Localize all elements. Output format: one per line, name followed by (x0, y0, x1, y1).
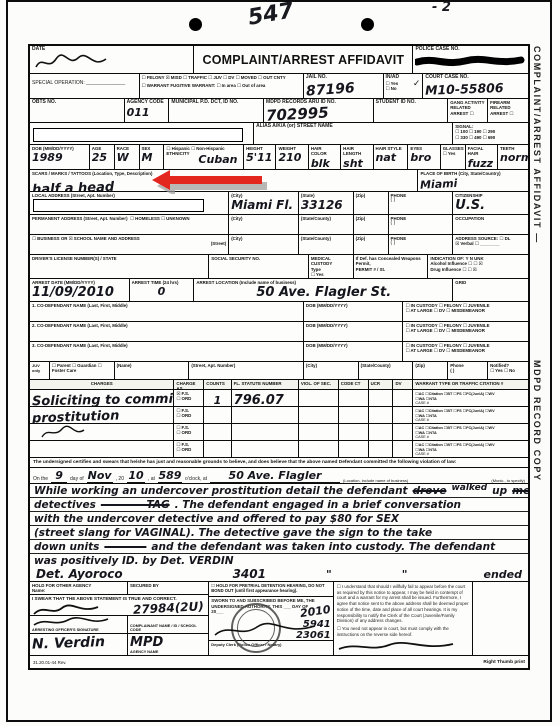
classification-row: SPECIAL OPERATION: ______________ ☐ FELO… (30, 74, 528, 99)
ssn-label: SOCIAL SECURITY NO. (211, 256, 306, 261)
license-row: DRIVER'S LICENSE NUMBER(S) / STATE SOCIA… (30, 255, 528, 279)
field-date: DATE (30, 46, 194, 73)
codef-num: 3. (32, 343, 36, 348)
field-indications: INDICATION OF: Y N UNK Alcohol Influence… (428, 255, 528, 278)
agency-name-label: AGENCY NAME (130, 650, 206, 654)
field-codef-dob-3: DOB (MM/DD/YYYY) (304, 342, 404, 361)
form-footer-strip: 31.20.01-44 Rev. Right Thumb print (30, 656, 528, 668)
state-label: (State/County) (301, 216, 351, 221)
hair-style-value: nat (376, 151, 406, 164)
narrative-text: (street slang for VAGINAL). The detectiv… (34, 527, 432, 539)
field-juv-name: (Name) (115, 362, 190, 379)
narrative-line-4: (street slang for VAGINAL). The detectiv… (30, 526, 528, 540)
form-number: 31.20.01-44 Rev. (33, 660, 66, 665)
onthe-year: 10 (127, 469, 145, 483)
field-sex: SEX M (140, 145, 165, 169)
scars-row: SCARS / MARKS / TATTOOS (Location, Type,… (30, 170, 528, 192)
agency-code-label: AGENCY CODE (127, 100, 167, 106)
field-dob: DOB (MM/DD/YYYY) 1989 (30, 145, 90, 169)
field-business-school: ☐ BUSINESS OR ☒ SCHOOL NAME AND ADDRESS … (30, 235, 229, 254)
affidavit-form: DATE COMPLAINT/ARREST AFFIDAVIT POLICE C… (28, 44, 530, 670)
red-arrow-annotation (150, 168, 268, 194)
codef-checks2: ☐ AT LARGE ☐ DV ☐ MISDEMEANOR (405, 328, 526, 333)
jail-no-value: 87196 (305, 78, 381, 98)
field-hair-length: HAIR LENGTH sht (341, 145, 373, 169)
id-numbers-row: OBTS NO. AGENCY CODE 011 MUNICIPAL P.D. … (30, 99, 528, 123)
field-medical-custody: MEDICAL CUSTODY Type ☐ Yes (309, 255, 354, 278)
field-juv-city: (City) (304, 362, 359, 379)
struck-word: ———— (104, 541, 146, 553)
weight-value: 210 (278, 151, 305, 164)
ord-check: ☐ ORD (176, 430, 201, 435)
codef-checks2: ☐ AT LARGE ☐ DV ☐ MISDEMEANOR (405, 348, 526, 353)
field-codef-dob-2: DOB (MM/DD/YYYY) (304, 322, 404, 341)
hair-color-label: HAIR COLOR (311, 146, 338, 157)
bottom-fineprint-column: ☐ I understand that should I willfully f… (334, 582, 473, 655)
arrest-time-value: 0 (132, 285, 192, 298)
class-checkboxes-line1: ☐ FELONY ☒ MISD ☐ TRAFFIC ☐ JUV ☐ DV ☐ M… (142, 75, 301, 80)
medical-custody-label: MEDICAL CUSTODY (311, 256, 351, 267)
narrative-text: and the defendant was taken into custody… (151, 541, 495, 553)
field-court-case-no: COURT CASE NO. M10-55806 (423, 74, 528, 98)
officer-id-handwritten: 3401 (233, 567, 266, 581)
facial-hair-value: fuzz (468, 157, 495, 169)
counts-header: COUNTS (206, 381, 228, 386)
field-local-zip: (Zip) (354, 192, 389, 214)
narrative-line-6: was positively ID. by Det. VERDIN (30, 554, 528, 567)
onthe-p1: On the (33, 477, 48, 483)
codef-name-label: CO-DEFENDANT NAME (Last, First, Middle) (37, 343, 128, 348)
glasses-label: GLASSES ☐ Yes (443, 146, 463, 157)
case-label: CASE # (415, 418, 526, 422)
phone-paren: ( ) (391, 198, 451, 204)
field-ssn: SOCIAL SECURITY NO. (209, 255, 309, 278)
field-ethnicity: ☐ Hispanic ☐ Non-Hispanic ETHNICITY Cuba… (164, 145, 244, 169)
inserted-word: walked (451, 484, 487, 493)
field-police-case-no: POLICE CASE NO. (413, 46, 528, 73)
field-codef-name-1: 1. CO-DEFENDANT NAME (Last, First, Middl… (30, 302, 304, 321)
narrative-text: While working an undercover prostitution… (34, 485, 408, 497)
onthe-location: 50 Ave. Flagler (210, 469, 340, 483)
ended-note: ended (484, 568, 523, 581)
field-firearm-related: FIREARM RELATED ARREST ☐ (488, 99, 528, 122)
case-label: CASE # (415, 435, 526, 439)
charge-row-1: Soliciting to commit ☒ F.S.☐ ORD 1 796.0… (30, 390, 528, 407)
defendant-signature-scribble (337, 641, 457, 653)
narrative-line-2: detectives ———— TAG . The defendant enga… (30, 498, 528, 512)
age-value: 25 (92, 151, 112, 164)
field-grid: GRID (453, 279, 528, 301)
ink-scribble (32, 425, 92, 440)
charge-name: Soliciting to commit (32, 392, 175, 406)
juv-checks: ☐ Parent ☐ Guardian ☐ Foster Care (52, 363, 112, 374)
narrative-text: detectives (34, 499, 96, 511)
field-perm-city: (City) (229, 215, 299, 234)
class-checkboxes-line2: ☐ WARRANT FUGITIVE WARRANT: ☐ In area ☐ … (142, 83, 301, 88)
alias-label: ALIAS A/K/A (or) STREET NAME (256, 124, 450, 130)
height-value: 5'11 (246, 151, 273, 164)
field-municipal-pd: MUNICIPAL P.D. DCT, ID NO. (169, 99, 264, 122)
field-codef-name-2: 2. CO-DEFENDANT NAME (Last, First, Middl… (30, 322, 304, 341)
ord-check: ☐ ORD (176, 413, 201, 418)
signal-row2: ☐ 330 ☐ 490 ☐ 690 (455, 135, 526, 140)
field-address-source: ADDRESS SOURCE: ☐ DL ☒ Verbal ☐ ________ (453, 235, 528, 254)
zip-label: (Zip) (356, 216, 386, 221)
officer-name-handwritten: Det. Ayoroco (36, 567, 123, 581)
charge-row-4: ☐ F.S.☐ ORD ☐AC ☐Citation ☐BT ☐FS ☐FC(Ju… (30, 441, 528, 458)
charge-row-2: prostitution ☐ F.S.☐ ORD ☐AC ☐Citation ☐… (30, 407, 528, 424)
physical-description-row: DOB (MM/DD/YYYY) 1989 AGE 25 RACE W SEX … (30, 145, 528, 170)
teeth-value: norm (500, 151, 526, 164)
field-height: HEIGHT 5'11 (244, 145, 276, 169)
field-biz-city: (City) (229, 235, 299, 254)
complainant-label: COMPLAINANT NAME / ID / SCHOOL CODE (130, 624, 206, 632)
charge-row-3: ☐ F.S.☐ ORD ☐AC ☐Citation ☐BT ☐FS ☐FC(Ju… (30, 424, 528, 441)
field-charge-class-checkboxes: ☐ FELONY ☒ MISD ☐ TRAFFIC ☐ JUV ☐ DV ☐ M… (140, 74, 304, 98)
narrative-block: While working an undercover prostitution… (30, 484, 528, 567)
field-age: AGE 25 (90, 145, 115, 169)
narrative-text: . The defendant engaged in a brief conve… (175, 499, 461, 511)
permanent-address-row: PERMANENT ADDRESS (Street, Apt. Number) … (30, 215, 528, 235)
ditto-mark: " (326, 568, 332, 581)
street-label: (Street) (32, 241, 226, 246)
notified-checks: ☐ Yes ☐ No (490, 368, 526, 373)
hair-length-label: HAIR LENGTH (343, 146, 370, 157)
field-race: RACE W (115, 145, 140, 169)
codef-dob-label: DOB (MM/DD/YYYY) (306, 303, 401, 308)
field-defendant-name (30, 123, 254, 144)
badge-number-handwritten: 27984(2U) (133, 599, 204, 617)
local-address-entry-box (33, 199, 204, 212)
codef-name-label: CO-DEFENDANT NAME (Last, First, Middle) (37, 303, 128, 308)
field-facial-hair: FACIAL HAIR fuzz (466, 145, 498, 169)
field-occupation: OCCUPATION (453, 215, 528, 234)
zip-label: (Zip) (415, 363, 445, 368)
phone-paren: ( ) (450, 368, 485, 373)
codefendant-row-2: 2. CO-DEFENDANT NAME (Last, First, Middl… (30, 322, 528, 342)
struck-word: me (512, 485, 528, 497)
onthe-time: 589 (158, 469, 182, 483)
narrative-text: with the undercover detective and offere… (34, 513, 399, 525)
thumb-print-label: Right Thumb print (483, 660, 525, 665)
charge-counts: 1 (214, 394, 222, 406)
field-student-id: STUDENT ID NO. (374, 99, 449, 122)
zip-label: (Zip) (356, 236, 386, 241)
field-gang-related: GANG ACTIVITY RELATED ARREST ☐ (448, 99, 488, 122)
phone-paren: ( ) (391, 221, 451, 227)
field-special-operation: SPECIAL OPERATION: ______________ (30, 74, 140, 98)
struck-word: drove (413, 485, 447, 497)
cw-label: If Def. has Concealed Weapons Permit, (356, 256, 426, 267)
field-arrest-location: ARREST LOCATION (Include name of busines… (194, 279, 453, 301)
field-place-of-birth: PLACE OF BIRTH (City, State/Country) Mia… (418, 170, 528, 191)
onthe-p5: o'clock, at (185, 477, 207, 483)
drug-influence: Drug Influence ☐ ☐ ☒ (430, 267, 526, 272)
juvenile-row: JUV only ☐ Parent ☐ Guardian ☐ Foster Ca… (30, 362, 528, 380)
hold-name-label: Name: (32, 588, 125, 593)
special-operation-label: SPECIAL OPERATION: ______________ (32, 81, 137, 87)
codef-dob-label: DOB (MM/DD/YYYY) (306, 323, 401, 328)
eyes-value: bro (410, 151, 437, 164)
statute-header: FL. STATUTE NUMBER (234, 381, 296, 386)
field-mdpd-records: MDPD RECORDS ARU ID NO. 702995 (264, 99, 374, 122)
address-source-line2: ☒ Verbal ☐ ________ (455, 241, 526, 246)
bottom-block: HOLD FOR OTHER AGENCY Name: SECURED BY I… (30, 582, 528, 656)
hair-color-value: blk (311, 157, 338, 169)
field-hair-color: HAIR COLOR blk (309, 145, 341, 169)
field-biz-zip: (Zip) (354, 235, 389, 254)
charges-header: CHARGES (32, 381, 171, 386)
occupation-label: OCCUPATION (455, 216, 526, 221)
certification-text: The undersigned certifies and swears tha… (30, 460, 459, 465)
name-alias-row: ALIAS A/K/A (or) STREET NAME SIGNAL: ☐ 1… (30, 123, 528, 145)
arresting-officer-signature-scribble (32, 617, 112, 628)
indication-cols: Y N UNK (466, 256, 484, 261)
munic-label: (Munic., to specify) (491, 478, 525, 483)
juv-side-label: JUV only (32, 363, 47, 373)
citizenship-value: U.S. (455, 198, 526, 213)
field-permanent-address: PERMANENT ADDRESS (Street, Apt. Number) … (30, 215, 229, 234)
narrative-line-1: While working an undercover prostitution… (30, 484, 528, 498)
zip-handwritten: 33126 (301, 198, 351, 212)
charge-statute: 796.07 (234, 393, 284, 406)
bottom-left-column: HOLD FOR OTHER AGENCY Name: SECURED BY I… (30, 582, 209, 655)
grid-label: GRID (455, 280, 526, 285)
field-concealed-weapons: If Def. has Concealed Weapons Permit, PE… (354, 255, 429, 278)
field-perm-phone: PHONE ( ) (389, 215, 454, 234)
city-label: (City) (306, 363, 356, 368)
state-label: (State/County) (301, 236, 351, 241)
field-juv-notified: Notified? ☐ Yes ☐ No (488, 362, 528, 379)
field-glasses: GLASSES ☐ Yes (441, 145, 466, 169)
warrant-header: WARRANT TYPE OR TRAFFIC CITATION # (415, 381, 526, 386)
field-teeth: TEETH norm (498, 145, 528, 169)
vertical-margin-copy: MDPD RECORD COPY (532, 360, 542, 482)
arrest-date-value: 11/09/2010 (32, 285, 127, 300)
narrative-text: was positively ID. by Det. VERDIN (34, 555, 234, 567)
narrative-text: up (492, 485, 507, 497)
codef-checks2: ☐ AT LARGE ☐ DV ☐ MISDEMEANOR (405, 308, 526, 313)
field-drivers-license: DRIVER'S LICENSE NUMBER(S) / STATE (30, 255, 209, 278)
case-label: CASE # (415, 452, 526, 456)
handwritten-corner-mark: - 2 (432, 0, 451, 15)
onthe-p2: day of (70, 477, 84, 483)
header-row: DATE COMPLAINT/ARREST AFFIDAVIT POLICE C… (30, 46, 528, 74)
fine-print-paragraph-1: ☐ I understand that should I willfully f… (337, 584, 469, 624)
facial-hair-label: FACIAL HAIR (468, 146, 495, 157)
name-label: (Name) (117, 363, 187, 368)
narrative-line-3: with the undercover detective and offere… (30, 512, 528, 526)
local-address-row: LOCAL ADDRESS (Street, Apt. Number) (Cit… (30, 192, 528, 215)
form-title: COMPLAINT/ARREST AFFIDAVIT (203, 53, 405, 67)
city-label: (City) (231, 216, 296, 221)
field-codef-status-2: ☐ IN CUSTODY ☐ FELONY ☐ JUVENILE ☐ AT LA… (403, 322, 528, 341)
bottom-middle-column: ☐ HOLD FOR PRETRIAL DETENTION HEARING, D… (209, 582, 334, 655)
field-eyes: EYES bro (408, 145, 440, 169)
officer-line-row: Det. Ayoroco 3401 " " ended (30, 567, 528, 582)
dv-header: DV (395, 381, 410, 386)
court-case-value: M10-55806 (425, 79, 526, 98)
medical-checks: ☐ Yes (311, 272, 351, 277)
location-label: (Location, include name of business) (343, 478, 408, 483)
field-in-ad: IN/AD ☐ Yes ☐ No ✓ (384, 74, 424, 98)
field-juv-side: JUV only (30, 362, 50, 379)
ucr-header: UCR (371, 381, 391, 386)
agency-handwritten: MPD (130, 635, 206, 650)
cw-label2: PERMIT # / St. (356, 267, 426, 272)
field-arrest-date: ARREST DATE (MM/DD/YYYY) 11/09/2010 (30, 279, 130, 301)
field-arrest-time: ARREST TIME (24 hrs) 0 (130, 279, 195, 301)
codef-num: 1. (32, 303, 36, 308)
hole-punch-icon (189, 18, 202, 31)
name-entry-box (33, 128, 243, 142)
codefendant-row-1: 1. CO-DEFENDANT NAME (Last, First, Middl… (30, 302, 528, 322)
field-juv-street: (Street, Apt. Number) (189, 362, 304, 379)
codef-num: 2. (32, 323, 36, 328)
in-ad-handwritten-check: ✓ (413, 79, 421, 89)
title-cell: COMPLAINT/ARREST AFFIDAVIT (194, 46, 413, 73)
code-header: CODE CT (341, 381, 366, 386)
arresting-officer-signature-label: ARRESTING OFFICER'S SIGNATURE (32, 628, 125, 632)
field-citizenship: CITIZENSHIP U.S. (453, 192, 528, 214)
field-codef-dob-1: DOB (MM/DD/YYYY) (304, 302, 404, 321)
phone-paren: ( ) (391, 241, 451, 247)
charge-name: prostitution (32, 408, 120, 423)
city-label: (City) (231, 236, 296, 241)
field-codef-status-1: ☐ IN CUSTODY ☐ FELONY ☐ JUVENILE ☐ AT LA… (403, 302, 528, 321)
pretrial-hold-checkbox-text: ☐ HOLD FOR PRETRIAL DETENTION HEARING, D… (211, 583, 331, 593)
struck-word: ———— TAG (101, 499, 170, 511)
business-school-row: ☐ BUSINESS OR ☒ SCHOOL NAME AND ADDRESS … (30, 235, 528, 255)
dl-label: DRIVER'S LICENSE NUMBER(S) / STATE (32, 256, 206, 261)
onthe-month: Nov (87, 469, 113, 483)
field-hair-style: HAIR STYLE nat (374, 145, 409, 169)
field-biz-state: (State/County) (299, 235, 354, 254)
codef-dob-label: DOB (MM/DD/YYYY) (306, 343, 401, 348)
field-perm-zip: (Zip) (354, 215, 389, 234)
narrative-text: down units (34, 541, 99, 553)
field-agency-code: AGENCY CODE 011 (125, 99, 170, 122)
street-label: (Street, Apt. Number) (191, 363, 301, 368)
field-jail-no: JAIL NO. 87196 (304, 74, 384, 98)
hole-punch-icon (361, 18, 374, 31)
perm-address-label: PERMANENT ADDRESS (Street, Apt. Number) (32, 216, 128, 221)
zip-label: (Zip) (356, 193, 386, 198)
field-biz-phone: PHONE ( ) (389, 235, 454, 254)
arrest-row: ARREST DATE (MM/DD/YYYY) 11/09/2010 ARRE… (30, 279, 528, 302)
race-value: W (117, 151, 137, 164)
secured-by-label: SECURED BY (130, 583, 206, 588)
state-label: (State/County) (361, 363, 411, 368)
dob-value: 1989 (32, 151, 87, 164)
municipal-label: MUNICIPAL P.D. DCT, ID NO. (171, 100, 261, 106)
field-local-city: (City) Miami Fl. (229, 192, 299, 214)
field-perm-state: (State/County) (299, 215, 354, 234)
perm-checkboxes: ☐ HOMELESS ☐ UNKNOWN (130, 216, 190, 221)
student-id-label: STUDENT ID NO. (376, 100, 446, 106)
marker-redaction-scribble (415, 53, 525, 69)
field-juv-guardian-checks: ☐ Parent ☐ Guardian ☐ Foster Care (50, 362, 115, 379)
firearm-related-label: FIREARM RELATED ARREST ☐ (490, 100, 526, 116)
ord-check: ☐ ORD (176, 396, 201, 401)
field-juv-phone: Phone ( ) (448, 362, 488, 379)
handwritten-scribble (32, 53, 122, 71)
field-codef-status-3: ☐ IN CUSTODY ☐ FELONY ☐ JUVENILE ☐ AT LA… (403, 342, 528, 361)
field-juv-state: (State/County) (359, 362, 414, 379)
field-local-state: (State) 33126 (299, 192, 354, 214)
vertical-margin-title: COMPLAINT/ARREST AFFIDAVIT — (532, 46, 542, 244)
field-signal: SIGNAL: ☐ 100 ☐ 190 ☐ 290 ☐ 330 ☐ 490 ☐ … (453, 123, 528, 144)
notary-signature-scribble (211, 620, 321, 640)
indication-label: INDICATION OF: (430, 256, 464, 261)
city-value: Miami Fl. (231, 198, 296, 212)
arrest-location-value: 50 Ave. Flagler St. (256, 285, 450, 300)
viol-header: VIOL. OF SEC. (301, 381, 336, 386)
field-juv-zip: (Zip) (413, 362, 448, 379)
scanned-arrest-affidavit: 547 - 2 COMPLAINT/ARREST AFFIDAVIT — MDP… (0, 0, 560, 726)
ord-check: ☐ ORD (176, 447, 201, 452)
field-local-phone: PHONE ( ) (389, 192, 454, 214)
obts-label: OBTS NO. (32, 100, 122, 106)
thumb-print-box (473, 582, 528, 655)
field-obts-no: OBTS NO. (30, 99, 125, 122)
certification-row: The undersigned certifies and swears tha… (30, 458, 528, 468)
ethnicity-value: Cuban (198, 153, 237, 166)
field-codef-name-3: 3. CO-DEFENDANT NAME (Last, First, Middl… (30, 342, 304, 361)
narrative-line-5: down units ———— and the defendant was ta… (30, 540, 528, 554)
fine-print-paragraph-2: ☐ You need not appear in court, but must… (337, 626, 469, 637)
charges-header-row: CHARGES CHARGE AS COUNTS FL. STATUTE NUM… (30, 380, 528, 390)
gang-related-label: GANG ACTIVITY RELATED ARREST ☐ (450, 100, 485, 116)
field-alias: ALIAS A/K/A (or) STREET NAME (254, 123, 453, 144)
ditto-mark: " (402, 568, 408, 581)
field-local-address: LOCAL ADDRESS (Street, Apt. Number) (30, 192, 229, 214)
codef-name-label: CO-DEFENDANT NAME (Last, First, Middle) (37, 323, 128, 328)
officer-signature-scribble (32, 603, 102, 617)
hair-length-value: sht (343, 157, 370, 169)
field-weight: WEIGHT 210 (276, 145, 308, 169)
codefendant-row-3: 3. CO-DEFENDANT NAME (Last, First, Middl… (30, 342, 528, 362)
officer-printed-name-handwritten: N. Verdin (32, 634, 126, 653)
charge-as-header: CHARGE AS (176, 381, 201, 389)
onthe-p3: , 20 (116, 477, 124, 483)
onthe-p4: , at (148, 477, 155, 483)
agency-code-value: 011 (127, 106, 167, 119)
stamp-year-handwritten: 2010 (299, 603, 331, 620)
sex-value: M (142, 151, 162, 164)
on-the-line-row: On the 9 day of Nov , 20 10 , at 589 o'c… (30, 468, 528, 484)
onthe-day: 9 (51, 469, 67, 483)
case-label: CASE # (415, 401, 526, 405)
